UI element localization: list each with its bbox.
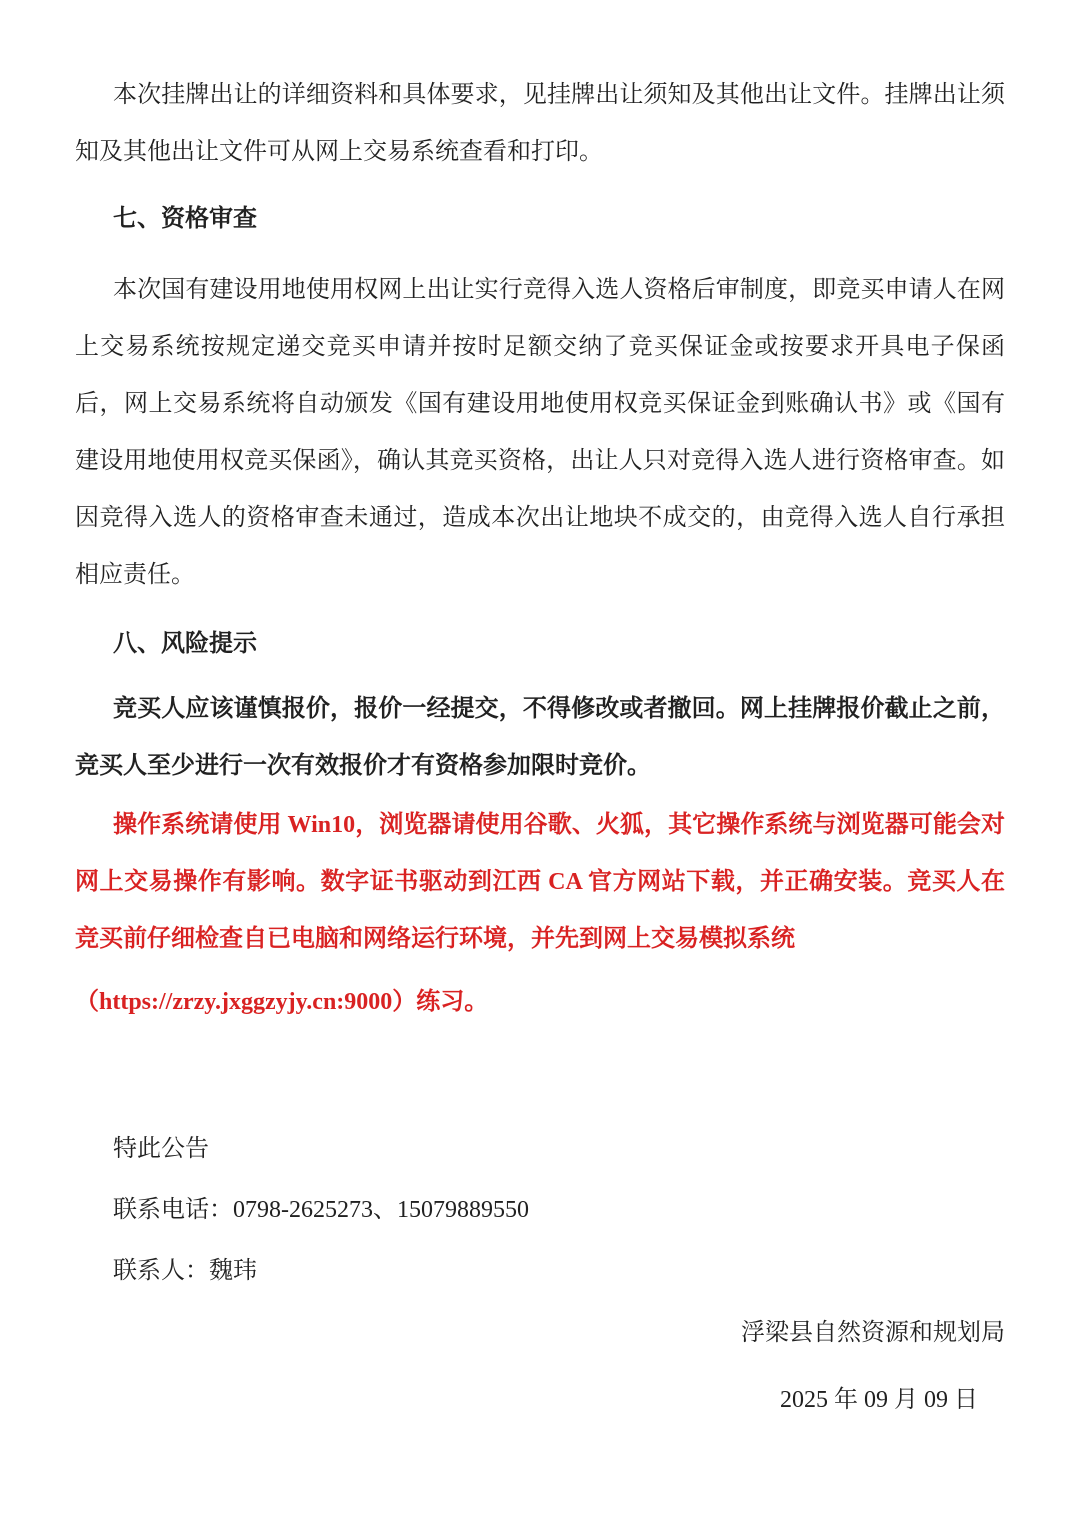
paragraph-qualification-review: 本次国有建设用地使用权网上出让实行竞得入选人资格后审制度，即竞买申请人在网上交易…: [75, 262, 1005, 604]
contact-phone-line: 联系电话：0798-2625273、15079889550: [75, 1182, 1005, 1239]
notice-line: 特此公告: [75, 1121, 1005, 1178]
issue-date-line: 2025 年 09 月 09 日: [75, 1372, 1005, 1429]
footer-block: 特此公告 联系电话：0798-2625273、15079889550 联系人：魏…: [75, 1121, 1005, 1429]
paragraph-listing-info: 本次挂牌出让的详细资料和具体要求，见挂牌出让须知及其他出让文件。挂牌出让须知及其…: [75, 67, 1005, 181]
section-heading-risk-warning: 八、风险提示: [75, 616, 1005, 673]
issuing-agency-line: 浮梁县自然资源和规划局: [75, 1305, 1005, 1362]
paragraph-risk-warning: 竞买人应该谨慎报价，报价一经提交，不得修改或者撤回。网上挂牌报价截止之前，竞买人…: [75, 681, 1005, 795]
paragraph-practice-url: （https://zrzy.jxggzyjy.cn:9000）练习。: [75, 974, 1005, 1031]
contact-person-line: 联系人：魏玮: [75, 1243, 1005, 1300]
section-heading-qualification-review: 七、资格审查: [75, 191, 1005, 248]
announcement-document-page: 本次挂牌出让的详细资料和具体要求，见挂牌出让须知及其他出让文件。挂牌出让须知及其…: [0, 0, 1074, 1520]
paragraph-system-requirements: 操作系统请使用 Win10，浏览器请使用谷歌、火狐，其它操作系统与浏览器可能会对…: [75, 797, 1005, 968]
